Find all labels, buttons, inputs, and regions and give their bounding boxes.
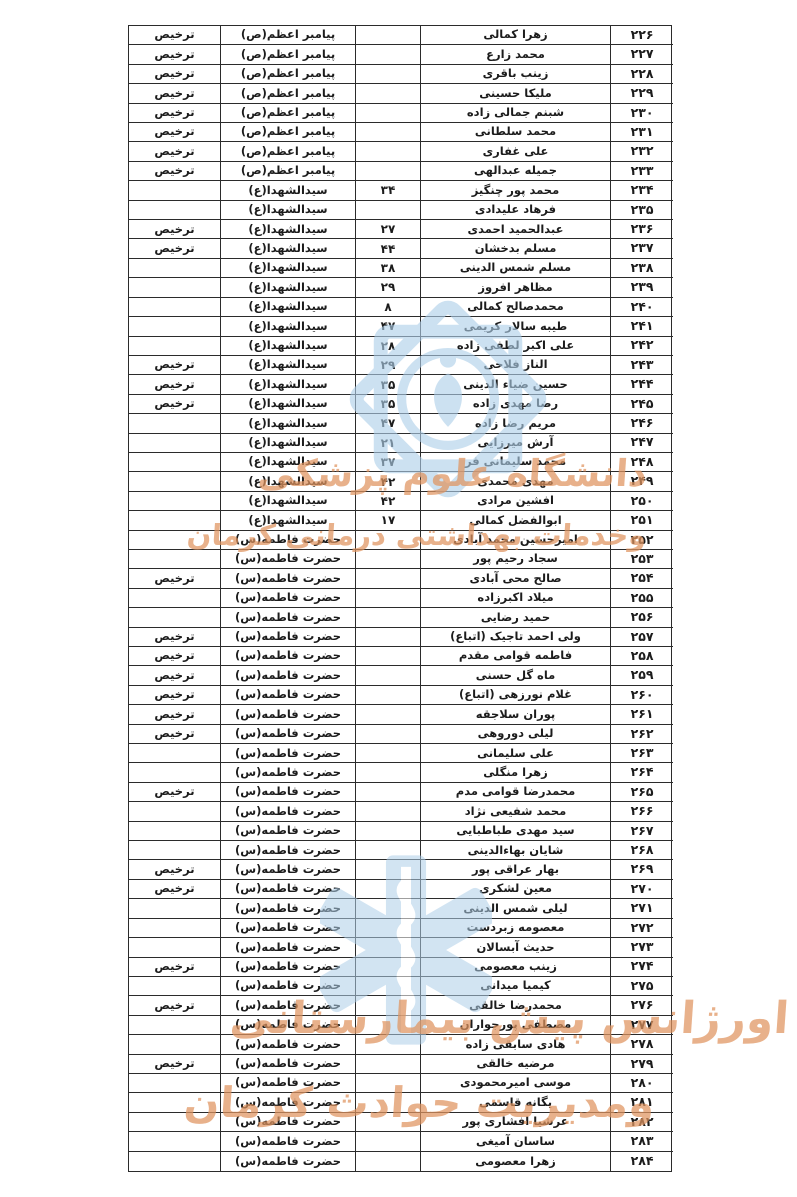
row-number-cell: ۲۸۳ <box>611 1132 673 1151</box>
status-cell <box>129 181 221 200</box>
row-number-cell: ۲۶۹ <box>611 860 673 879</box>
ward-cell: حضرت فاطمه(س) <box>221 1074 356 1093</box>
age-cell <box>356 977 421 996</box>
row-number-cell: ۲۸۰ <box>611 1074 673 1093</box>
row-number-cell: ۲۸۲ <box>611 1113 673 1132</box>
age-cell <box>356 938 421 957</box>
status-cell <box>129 589 221 608</box>
status-cell <box>129 434 221 453</box>
ward-cell: حضرت فاطمه(س) <box>221 569 356 588</box>
status-cell: ترخیص <box>129 880 221 899</box>
name-cell: رضا مهدی زاده <box>421 395 611 414</box>
name-cell: علی سلیمانی <box>421 744 611 763</box>
ward-cell: حضرت فاطمه(س) <box>221 841 356 860</box>
row-number-cell: ۲۴۳ <box>611 356 673 375</box>
status-cell <box>129 259 221 278</box>
ward-cell: حضرت فاطمه(س) <box>221 1016 356 1035</box>
age-cell <box>356 958 421 977</box>
status-cell <box>129 1132 221 1151</box>
name-cell: محمدرضا قوامی مدم <box>421 783 611 802</box>
age-cell <box>356 1074 421 1093</box>
ward-cell: سیدالشهدا(ع) <box>221 317 356 336</box>
name-cell: مریم رضا زاده <box>421 414 611 433</box>
status-cell: ترخیص <box>129 725 221 744</box>
name-cell: لیلی شمس الدینی <box>421 899 611 918</box>
name-cell: امیرحسین محمد آبادی <box>421 531 611 550</box>
status-cell <box>129 531 221 550</box>
row-number-cell: ۲۵۴ <box>611 569 673 588</box>
status-cell <box>129 550 221 569</box>
age-cell <box>356 880 421 899</box>
age-cell <box>356 26 421 45</box>
ward-cell: سیدالشهدا(ع) <box>221 181 356 200</box>
row-number-cell: ۲۴۲ <box>611 337 673 356</box>
name-cell: زینب معصومی <box>421 958 611 977</box>
name-cell: الناز فلاحی <box>421 356 611 375</box>
age-cell <box>356 686 421 705</box>
age-cell: ۴۴ <box>356 239 421 258</box>
row-number-cell: ۲۳۶ <box>611 220 673 239</box>
row-number-cell: ۲۵۹ <box>611 666 673 685</box>
ward-cell: سیدالشهدا(ع) <box>221 201 356 220</box>
status-cell: ترخیص <box>129 628 221 647</box>
ward-cell: حضرت فاطمه(س) <box>221 1113 356 1132</box>
status-cell: ترخیص <box>129 356 221 375</box>
status-cell <box>129 919 221 938</box>
name-cell: حسین ضیاء الدینی <box>421 375 611 394</box>
age-cell <box>356 996 421 1015</box>
ward-cell: سیدالشهدا(ع) <box>221 337 356 356</box>
name-cell: مهدی محمدی <box>421 472 611 491</box>
ward-cell: حضرت فاطمه(س) <box>221 822 356 841</box>
ward-cell: حضرت فاطمه(س) <box>221 705 356 724</box>
ward-cell: حضرت فاطمه(س) <box>221 589 356 608</box>
name-cell: کیمیا میدانی <box>421 977 611 996</box>
status-cell <box>129 802 221 821</box>
age-cell <box>356 1113 421 1132</box>
row-number-cell: ۲۷۷ <box>611 1016 673 1035</box>
status-cell <box>129 608 221 627</box>
status-cell: ترخیص <box>129 666 221 685</box>
ward-cell: پیامبر اعظم(ص) <box>221 104 356 123</box>
row-number-cell: ۲۳۷ <box>611 239 673 258</box>
name-cell: محمد پور چنگیز <box>421 181 611 200</box>
name-cell: محمدصالح کمالی <box>421 298 611 317</box>
status-cell: ترخیص <box>129 65 221 84</box>
ward-cell: سیدالشهدا(ع) <box>221 239 356 258</box>
age-cell <box>356 550 421 569</box>
name-cell: محمدرضا خالقی <box>421 996 611 1015</box>
ward-cell: حضرت فاطمه(س) <box>221 1152 356 1171</box>
status-cell: ترخیص <box>129 860 221 879</box>
ward-cell: سیدالشهدا(ع) <box>221 492 356 511</box>
ward-cell: سیدالشهدا(ع) <box>221 472 356 491</box>
status-cell <box>129 453 221 472</box>
ward-cell: حضرت فاطمه(س) <box>221 763 356 782</box>
row-number-cell: ۲۶۸ <box>611 841 673 860</box>
age-cell <box>356 841 421 860</box>
patient-table: ترخیصپیامبر اعظم(ص)زهرا کمالی۲۲۶ترخیصپیا… <box>128 25 672 1172</box>
name-cell: معین لشکری <box>421 880 611 899</box>
status-cell: ترخیص <box>129 123 221 142</box>
name-cell: شایان بهاءالدینی <box>421 841 611 860</box>
ward-cell: پیامبر اعظم(ص) <box>221 84 356 103</box>
ward-cell: سیدالشهدا(ع) <box>221 511 356 530</box>
ward-cell: سیدالشهدا(ع) <box>221 356 356 375</box>
name-cell: جمیله عبدالهی <box>421 162 611 181</box>
row-number-cell: ۲۷۵ <box>611 977 673 996</box>
age-cell: ۲۸ <box>356 337 421 356</box>
ward-cell: حضرت فاطمه(س) <box>221 1035 356 1054</box>
ward-cell: سیدالشهدا(ع) <box>221 220 356 239</box>
ward-cell: حضرت فاطمه(س) <box>221 647 356 666</box>
name-cell: مرضیه خالقی <box>421 1055 611 1074</box>
ward-cell: حضرت فاطمه(س) <box>221 531 356 550</box>
status-cell: ترخیص <box>129 239 221 258</box>
status-cell <box>129 472 221 491</box>
ward-cell: پیامبر اعظم(ص) <box>221 123 356 142</box>
status-cell: ترخیص <box>129 220 221 239</box>
age-cell: ۳۵ <box>356 395 421 414</box>
age-cell: ۴۷ <box>356 414 421 433</box>
name-cell: ولی احمد تاجیک (اتباع) <box>421 628 611 647</box>
name-cell: بهار عراقی پور <box>421 860 611 879</box>
row-number-cell: ۲۴۵ <box>611 395 673 414</box>
row-number-cell: ۲۶۲ <box>611 725 673 744</box>
age-cell <box>356 763 421 782</box>
status-cell: ترخیص <box>129 569 221 588</box>
age-cell: ۳۸ <box>356 259 421 278</box>
row-number-cell: ۲۳۸ <box>611 259 673 278</box>
row-number-cell: ۲۴۷ <box>611 434 673 453</box>
row-number-cell: ۲۶۱ <box>611 705 673 724</box>
name-cell: پوران سلاجقه <box>421 705 611 724</box>
name-cell: میلاد اکبرزاده <box>421 589 611 608</box>
name-cell: یگانه قاسمی <box>421 1093 611 1112</box>
age-cell <box>356 104 421 123</box>
age-cell <box>356 666 421 685</box>
status-cell <box>129 977 221 996</box>
status-cell <box>129 822 221 841</box>
name-cell: سجاد رحیم پور <box>421 550 611 569</box>
age-cell: ۳۷ <box>356 453 421 472</box>
age-cell <box>356 123 421 142</box>
name-cell: صالح محی آبادی <box>421 569 611 588</box>
status-cell <box>129 511 221 530</box>
status-cell <box>129 1093 221 1112</box>
ward-cell: حضرت فاطمه(س) <box>221 783 356 802</box>
row-number-cell: ۲۸۴ <box>611 1152 673 1171</box>
age-cell <box>356 628 421 647</box>
row-number-cell: ۲۵۱ <box>611 511 673 530</box>
row-number-cell: ۲۸۱ <box>611 1093 673 1112</box>
status-cell: ترخیص <box>129 705 221 724</box>
age-cell: ۱۷ <box>356 511 421 530</box>
ward-cell: پیامبر اعظم(ص) <box>221 45 356 64</box>
status-cell <box>129 1074 221 1093</box>
row-number-cell: ۲۴۹ <box>611 472 673 491</box>
age-cell <box>356 531 421 550</box>
name-cell: آرش میرزایی <box>421 434 611 453</box>
ward-cell: حضرت فاطمه(س) <box>221 1055 356 1074</box>
row-number-cell: ۲۵۸ <box>611 647 673 666</box>
status-cell: ترخیص <box>129 84 221 103</box>
status-cell <box>129 201 221 220</box>
ward-cell: حضرت فاطمه(س) <box>221 977 356 996</box>
age-cell <box>356 919 421 938</box>
row-number-cell: ۲۶۵ <box>611 783 673 802</box>
ward-cell: سیدالشهدا(ع) <box>221 278 356 297</box>
ward-cell: پیامبر اعظم(ص) <box>221 26 356 45</box>
ward-cell: حضرت فاطمه(س) <box>221 686 356 705</box>
name-cell: زینب باقری <box>421 65 611 84</box>
age-cell <box>356 899 421 918</box>
name-cell: فرهاد علیدادی <box>421 201 611 220</box>
ward-cell: حضرت فاطمه(س) <box>221 744 356 763</box>
age-cell <box>356 1055 421 1074</box>
age-cell: ۴۷ <box>356 317 421 336</box>
age-cell <box>356 802 421 821</box>
name-cell: مصطفی پورجواران <box>421 1016 611 1035</box>
name-cell: حمید رضایی <box>421 608 611 627</box>
row-number-cell: ۲۵۵ <box>611 589 673 608</box>
name-cell: عبدالحمید احمدی <box>421 220 611 239</box>
age-cell <box>356 84 421 103</box>
status-cell <box>129 744 221 763</box>
ward-cell: حضرت فاطمه(س) <box>221 802 356 821</box>
age-cell: ۴۲ <box>356 492 421 511</box>
age-cell <box>356 45 421 64</box>
age-cell <box>356 783 421 802</box>
status-cell <box>129 899 221 918</box>
status-cell: ترخیص <box>129 647 221 666</box>
name-cell: فاطمه قوامی مقدم <box>421 647 611 666</box>
row-number-cell: ۲۴۱ <box>611 317 673 336</box>
ward-cell: سیدالشهدا(ع) <box>221 395 356 414</box>
row-number-cell: ۲۲۷ <box>611 45 673 64</box>
row-number-cell: ۲۵۳ <box>611 550 673 569</box>
age-cell <box>356 744 421 763</box>
name-cell: ابوالفضل کمالی <box>421 511 611 530</box>
name-cell: ماه گل حسنی <box>421 666 611 685</box>
row-number-cell: ۲۲۶ <box>611 26 673 45</box>
status-cell: ترخیص <box>129 26 221 45</box>
ward-cell: حضرت فاطمه(س) <box>221 628 356 647</box>
row-number-cell: ۲۲۸ <box>611 65 673 84</box>
row-number-cell: ۲۴۶ <box>611 414 673 433</box>
age-cell <box>356 705 421 724</box>
row-number-cell: ۲۳۰ <box>611 104 673 123</box>
ward-cell: سیدالشهدا(ع) <box>221 259 356 278</box>
age-cell <box>356 162 421 181</box>
age-cell <box>356 65 421 84</box>
age-cell <box>356 860 421 879</box>
document-page: ترخیصپیامبر اعظم(ص)زهرا کمالی۲۲۶ترخیصپیا… <box>0 0 797 1197</box>
status-cell <box>129 1152 221 1171</box>
status-cell <box>129 763 221 782</box>
name-cell: افشین مرادی <box>421 492 611 511</box>
name-cell: علی غفاری <box>421 142 611 161</box>
status-cell <box>129 337 221 356</box>
age-cell: ۳۵ <box>356 375 421 394</box>
ward-cell: حضرت فاطمه(س) <box>221 666 356 685</box>
ward-cell: حضرت فاطمه(س) <box>221 550 356 569</box>
ward-cell: سیدالشهدا(ع) <box>221 298 356 317</box>
status-cell <box>129 278 221 297</box>
name-cell: محمد شفیعی نژاد <box>421 802 611 821</box>
row-number-cell: ۲۶۶ <box>611 802 673 821</box>
row-number-cell: ۲۶۴ <box>611 763 673 782</box>
row-number-cell: ۲۵۰ <box>611 492 673 511</box>
ward-cell: حضرت فاطمه(س) <box>221 1093 356 1112</box>
status-cell: ترخیص <box>129 783 221 802</box>
row-number-cell: ۲۵۷ <box>611 628 673 647</box>
row-number-cell: ۲۷۸ <box>611 1035 673 1054</box>
ward-cell: حضرت فاطمه(س) <box>221 880 356 899</box>
age-cell: ۲۹ <box>356 356 421 375</box>
status-cell <box>129 938 221 957</box>
row-number-cell: ۲۳۵ <box>611 201 673 220</box>
ward-cell: حضرت فاطمه(س) <box>221 725 356 744</box>
age-cell: ۴۲ <box>356 472 421 491</box>
name-cell: زهرا کمالی <box>421 26 611 45</box>
name-cell: محمد سلطانی <box>421 123 611 142</box>
ward-cell: حضرت فاطمه(س) <box>221 938 356 957</box>
status-cell: ترخیص <box>129 45 221 64</box>
status-cell: ترخیص <box>129 104 221 123</box>
name-cell: شبنم جمالی زاده <box>421 104 611 123</box>
name-cell: محمد زارع <box>421 45 611 64</box>
row-number-cell: ۲۷۹ <box>611 1055 673 1074</box>
ward-cell: پیامبر اعظم(ص) <box>221 162 356 181</box>
status-cell: ترخیص <box>129 958 221 977</box>
row-number-cell: ۲۳۴ <box>611 181 673 200</box>
name-cell: مسلم بدخشان <box>421 239 611 258</box>
age-cell <box>356 1152 421 1171</box>
ward-cell: سیدالشهدا(ع) <box>221 434 356 453</box>
row-number-cell: ۲۵۲ <box>611 531 673 550</box>
name-cell: لیلی دوروهی <box>421 725 611 744</box>
row-number-cell: ۲۶۳ <box>611 744 673 763</box>
name-cell: غلام نورزهی (اتباع) <box>421 686 611 705</box>
status-cell <box>129 298 221 317</box>
row-number-cell: ۲۷۲ <box>611 919 673 938</box>
status-cell <box>129 1035 221 1054</box>
age-cell <box>356 201 421 220</box>
age-cell <box>356 589 421 608</box>
status-cell: ترخیص <box>129 375 221 394</box>
row-number-cell: ۲۳۹ <box>611 278 673 297</box>
status-cell: ترخیص <box>129 395 221 414</box>
age-cell <box>356 1093 421 1112</box>
ward-cell: پیامبر اعظم(ص) <box>221 142 356 161</box>
age-cell <box>356 1016 421 1035</box>
ward-cell: حضرت فاطمه(س) <box>221 1132 356 1151</box>
row-number-cell: ۲۳۳ <box>611 162 673 181</box>
status-cell <box>129 1113 221 1132</box>
name-cell: معصومه زبردست <box>421 919 611 938</box>
status-cell: ترخیص <box>129 686 221 705</box>
row-number-cell: ۲۷۱ <box>611 899 673 918</box>
row-number-cell: ۲۶۰ <box>611 686 673 705</box>
row-number-cell: ۲۳۱ <box>611 123 673 142</box>
age-cell <box>356 822 421 841</box>
age-cell <box>356 608 421 627</box>
status-cell: ترخیص <box>129 996 221 1015</box>
status-cell <box>129 317 221 336</box>
row-number-cell: ۲۳۲ <box>611 142 673 161</box>
status-cell <box>129 1016 221 1035</box>
status-cell <box>129 841 221 860</box>
status-cell: ترخیص <box>129 142 221 161</box>
name-cell: موسی امیرمحمودی <box>421 1074 611 1093</box>
name-cell: طیبه سالار کریمی <box>421 317 611 336</box>
name-cell: هادی سابقی زاده <box>421 1035 611 1054</box>
age-cell <box>356 725 421 744</box>
ward-cell: سیدالشهدا(ع) <box>221 414 356 433</box>
status-cell <box>129 492 221 511</box>
age-cell: ۲۱ <box>356 434 421 453</box>
ward-cell: حضرت فاطمه(س) <box>221 996 356 1015</box>
ward-cell: سیدالشهدا(ع) <box>221 453 356 472</box>
name-cell: سید مهدی طباطبایی <box>421 822 611 841</box>
age-cell <box>356 142 421 161</box>
row-number-cell: ۲۴۴ <box>611 375 673 394</box>
row-number-cell: ۲۷۴ <box>611 958 673 977</box>
status-cell: ترخیص <box>129 1055 221 1074</box>
row-number-cell: ۲۷۰ <box>611 880 673 899</box>
ward-cell: حضرت فاطمه(س) <box>221 860 356 879</box>
ward-cell: حضرت فاطمه(س) <box>221 899 356 918</box>
ward-cell: حضرت فاطمه(س) <box>221 919 356 938</box>
name-cell: زهرا منگلی <box>421 763 611 782</box>
name-cell: مسلم شمس الدینی <box>421 259 611 278</box>
ward-cell: سیدالشهدا(ع) <box>221 375 356 394</box>
name-cell: زهرا معصومی <box>421 1152 611 1171</box>
row-number-cell: ۲۴۰ <box>611 298 673 317</box>
age-cell <box>356 569 421 588</box>
name-cell: ساسان آمیغی <box>421 1132 611 1151</box>
age-cell <box>356 647 421 666</box>
ward-cell: پیامبر اعظم(ص) <box>221 65 356 84</box>
row-number-cell: ۲۴۸ <box>611 453 673 472</box>
name-cell: مظاهر افروز <box>421 278 611 297</box>
age-cell <box>356 1132 421 1151</box>
age-cell <box>356 1035 421 1054</box>
status-cell <box>129 414 221 433</box>
ward-cell: حضرت فاطمه(س) <box>221 608 356 627</box>
row-number-cell: ۲۵۶ <box>611 608 673 627</box>
age-cell: ۲۹ <box>356 278 421 297</box>
row-number-cell: ۲۲۹ <box>611 84 673 103</box>
row-number-cell: ۲۷۶ <box>611 996 673 1015</box>
name-cell: علی اکبر لطفی زاده <box>421 337 611 356</box>
ward-cell: حضرت فاطمه(س) <box>221 958 356 977</box>
age-cell: ۳۴ <box>356 181 421 200</box>
age-cell: ۲۷ <box>356 220 421 239</box>
name-cell: عرشیا افشاری پور <box>421 1113 611 1132</box>
name-cell: محمد سلیمانی فر <box>421 453 611 472</box>
status-cell: ترخیص <box>129 162 221 181</box>
name-cell: ملیکا حسینی <box>421 84 611 103</box>
age-cell: ۸ <box>356 298 421 317</box>
name-cell: حدیث آبسالان <box>421 938 611 957</box>
row-number-cell: ۲۷۳ <box>611 938 673 957</box>
row-number-cell: ۲۶۷ <box>611 822 673 841</box>
